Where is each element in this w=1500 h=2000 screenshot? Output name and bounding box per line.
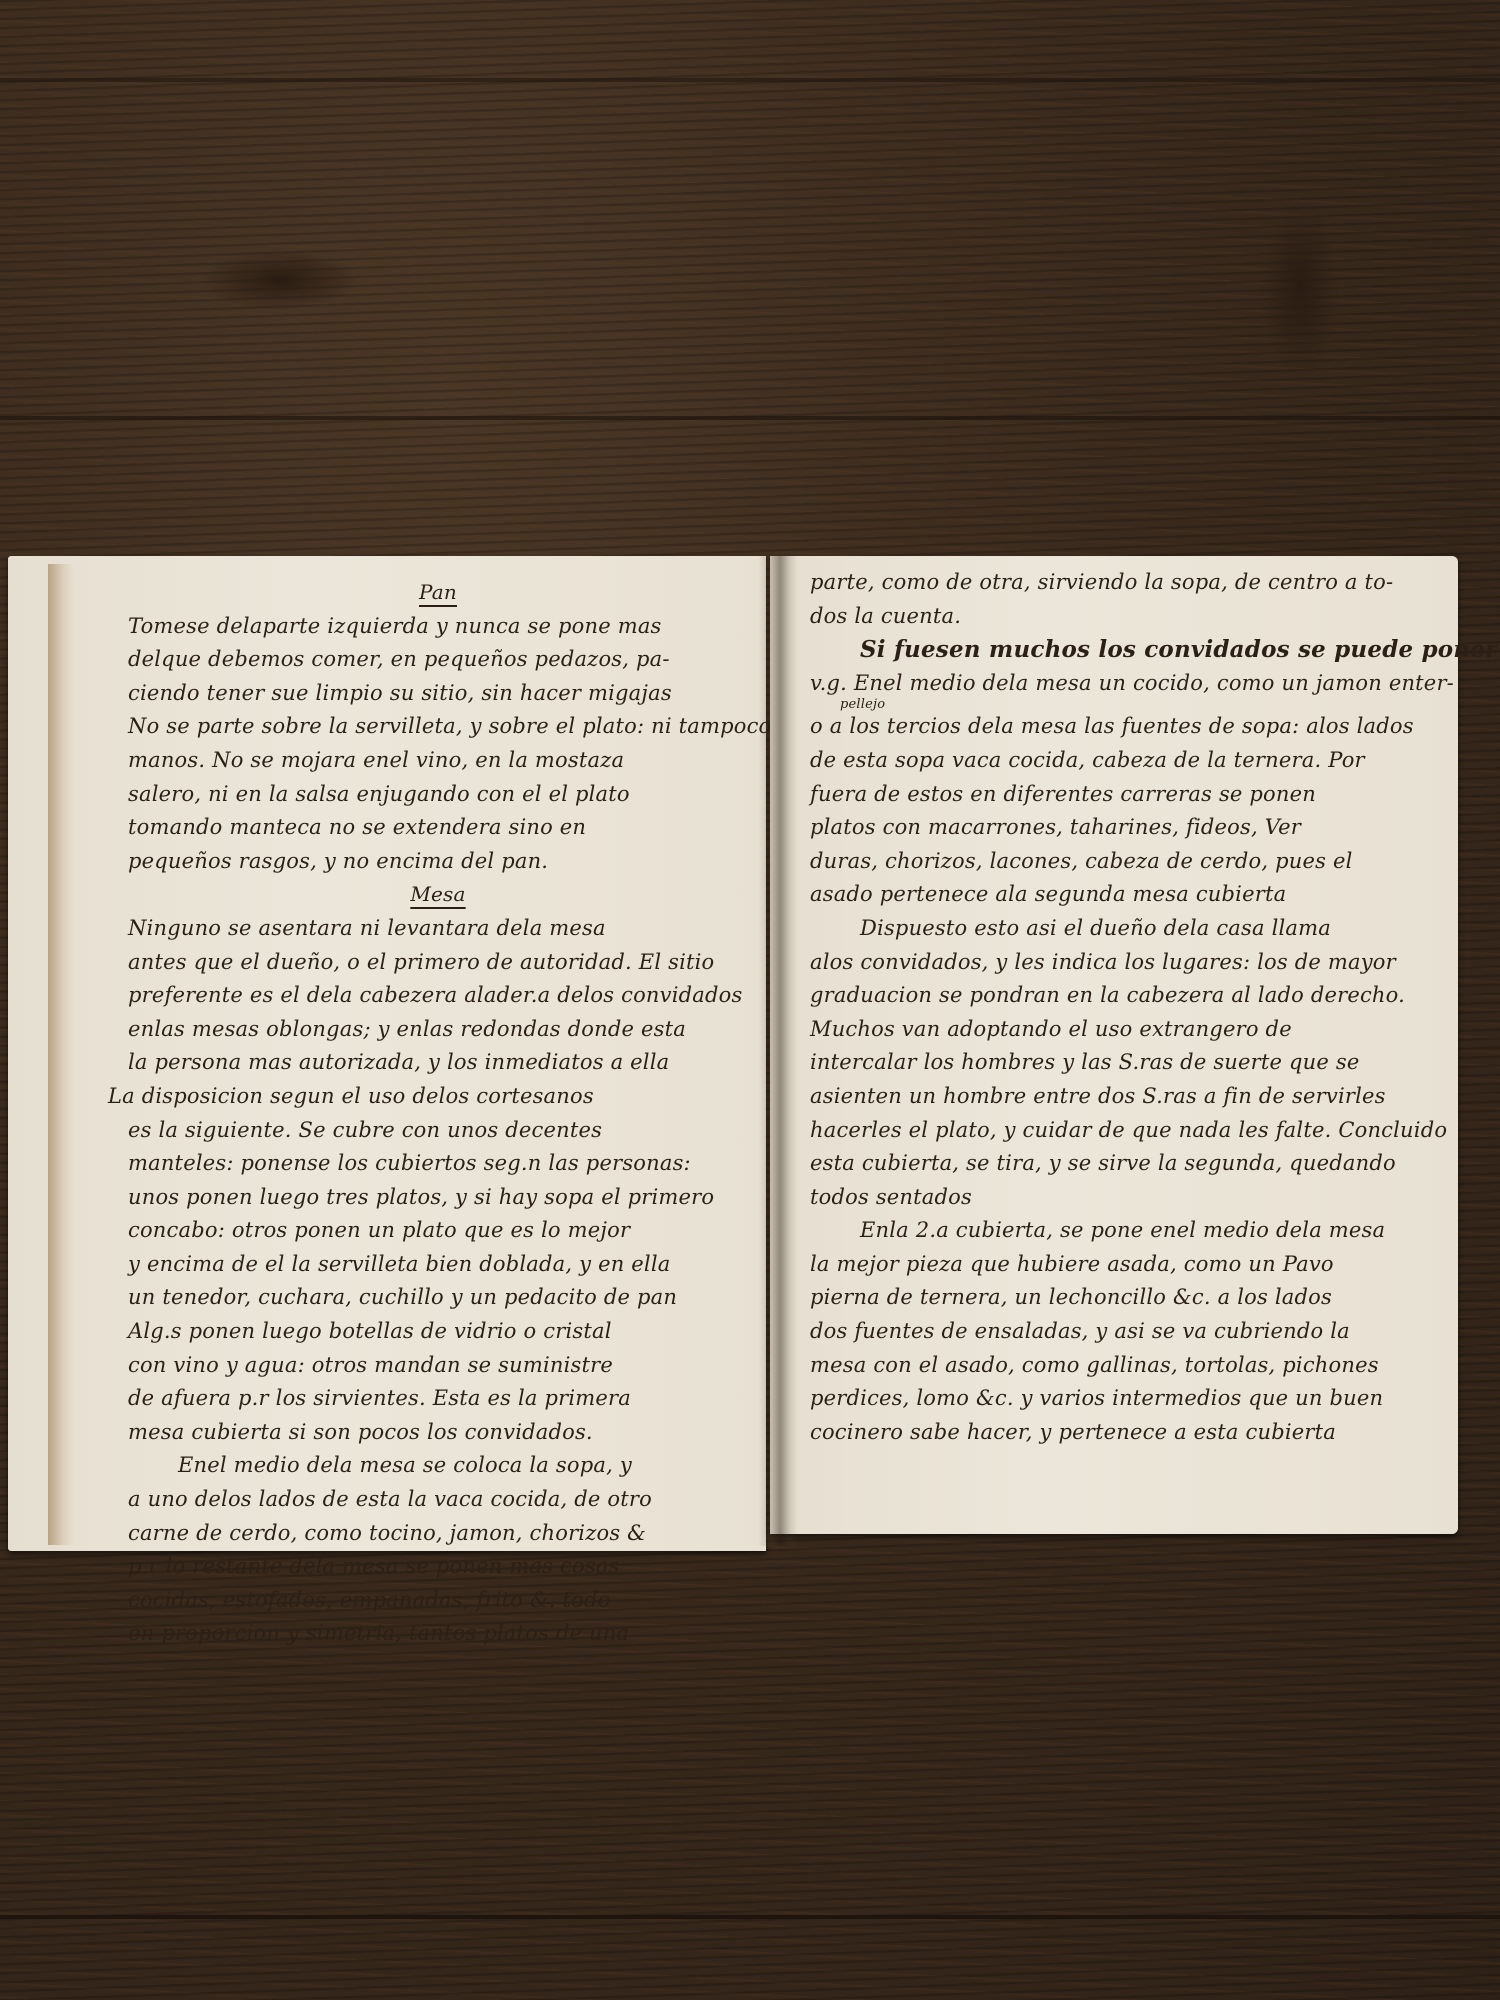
text-line: o a los tercios dela mesa las fuentes de… (810, 710, 1450, 744)
text-line: Enel medio dela mesa se coloca la sopa, … (128, 1449, 748, 1483)
text-line: cocinero sabe hacer, y pertenece a esta … (810, 1416, 1450, 1450)
text-line: manteles: ponense los cubiertos seg.n la… (128, 1147, 748, 1181)
text-line: asienten un hombre entre dos S.ras a fin… (810, 1080, 1450, 1114)
text-line: con vino y agua: otros mandan se suminis… (128, 1349, 748, 1383)
text-line: mesa con el asado, como gallinas, tortol… (810, 1349, 1450, 1383)
text-line: enlas mesas oblongas; y enlas redondas d… (128, 1013, 748, 1047)
text-line: Muchos van adoptando el uso extrangero d… (810, 1013, 1450, 1047)
text-line: platos con macarrones, taharines, fideos… (810, 811, 1450, 845)
text-line: No se parte sobre la servilleta, y sobre… (128, 710, 748, 744)
text-line: p.r lo restante dela mesa se ponen mas c… (128, 1550, 748, 1584)
text-line: Tomese delaparte izquierda y nunca se po… (128, 610, 748, 644)
text-line: la mejor pieza que hubiere asada, como u… (810, 1248, 1450, 1282)
text-line: parte, como de otra, sirviendo la sopa, … (810, 566, 1450, 600)
text-line: Enla 2.a cubierta, se pone enel medio de… (810, 1214, 1450, 1248)
text-line: tomando manteca no se extendera sino en (128, 811, 748, 845)
interlinear-note: pellejo (810, 700, 1450, 710)
wood-plank-seam (0, 78, 1500, 82)
text-line: hacerles el plato, y cuidar de que nada … (810, 1114, 1450, 1148)
text-line: de esta sopa vaca cocida, cabeza de la t… (810, 744, 1450, 778)
left-page: Pan Tomese delaparte izquierda y nunca s… (8, 556, 766, 1551)
text-line: La disposicion segun el uso delos cortes… (108, 1080, 748, 1114)
text-line: ciendo tener sue limpio su sitio, sin ha… (128, 677, 748, 711)
wood-knot (200, 250, 360, 310)
wood-knot (1260, 200, 1340, 380)
text-line: un tenedor, cuchara, cuchillo y un pedac… (128, 1281, 748, 1315)
text-line: es la siguiente. Se cubre con unos decen… (128, 1114, 748, 1148)
text-line: asado pertenece ala segunda mesa cubiert… (810, 878, 1450, 912)
text-line: Dispuesto esto asi el dueño dela casa ll… (810, 912, 1450, 946)
text-line: esta cubierta, se tira, y se sirve la se… (810, 1147, 1450, 1181)
text-line: pequeños rasgos, y no encima del pan. (128, 845, 748, 879)
text-line: intercalar los hombres y las S.ras de su… (810, 1046, 1450, 1080)
text-line: manos. No se mojara enel vino, en la mos… (128, 744, 748, 778)
text-line: carne de cerdo, como tocino, jamon, chor… (128, 1517, 748, 1551)
text-line: preferente es el dela cabezera alader.a … (128, 979, 748, 1013)
text-line: concabo: otros ponen un plato que es lo … (128, 1214, 748, 1248)
text-line: alos convidados, y les indica los lugare… (810, 946, 1450, 980)
text-line: todos sentados (810, 1181, 1450, 1215)
text-line: delque debemos comer, en pequeños pedazo… (128, 643, 748, 677)
text-line: antes que el dueño, o el primero de auto… (128, 946, 748, 980)
text-line: Alg.s ponen luego botellas de vidrio o c… (128, 1315, 748, 1349)
text-line: la persona mas autorizada, y los inmedia… (128, 1046, 748, 1080)
text-line: Si fuesen muchos los convidados se puede… (810, 633, 1450, 667)
right-page-text: parte, como de otra, sirviendo la sopa, … (810, 566, 1450, 1449)
wood-plank-seam (0, 1915, 1500, 1919)
text-line: a uno delos lados de esta la vaca cocida… (128, 1483, 748, 1517)
text-line: fuera de estos en diferentes carreras se… (810, 778, 1450, 812)
text-line: dos fuentes de ensaladas, y asi se va cu… (810, 1315, 1450, 1349)
text-line: dos la cuenta. (810, 600, 1450, 634)
text-line: mesa cubierta si son pocos los convidado… (128, 1416, 748, 1450)
left-page-text: Pan Tomese delaparte izquierda y nunca s… (128, 576, 748, 1651)
heading-pan: Pan (128, 576, 748, 610)
text-line: salero, ni en la salsa enjugando con el … (128, 778, 748, 812)
text-line: de afuera p.r los sirvientes. Esta es la… (128, 1382, 748, 1416)
text-line: graduacion se pondran en la cabezera al … (810, 979, 1450, 1013)
right-page: parte, como de otra, sirviendo la sopa, … (770, 556, 1458, 1534)
text-line: duras, chorizos, lacones, cabeza de cerd… (810, 845, 1450, 879)
text-line: pierna de ternera, un lechoncillo &c. a … (810, 1281, 1450, 1315)
text-line: Ninguno se asentara ni levantara dela me… (128, 912, 748, 946)
text-line: en proporcion y simetria, tantos platos … (128, 1617, 748, 1651)
text-line: cocidas, estofados, empanadas, frito &. … (128, 1584, 748, 1618)
text-line: perdices, lomo &c. y varios intermedios … (810, 1382, 1450, 1416)
open-manuscript-book: Pan Tomese delaparte izquierda y nunca s… (8, 556, 1458, 1556)
text-line: v.g. Enel medio dela mesa un cocido, com… (810, 667, 1450, 701)
text-line: unos ponen luego tres platos, y si hay s… (128, 1181, 748, 1215)
wood-plank-seam (0, 416, 1500, 420)
heading-mesa: Mesa (128, 878, 748, 912)
text-line: y encima de el la servilleta bien doblad… (128, 1248, 748, 1282)
